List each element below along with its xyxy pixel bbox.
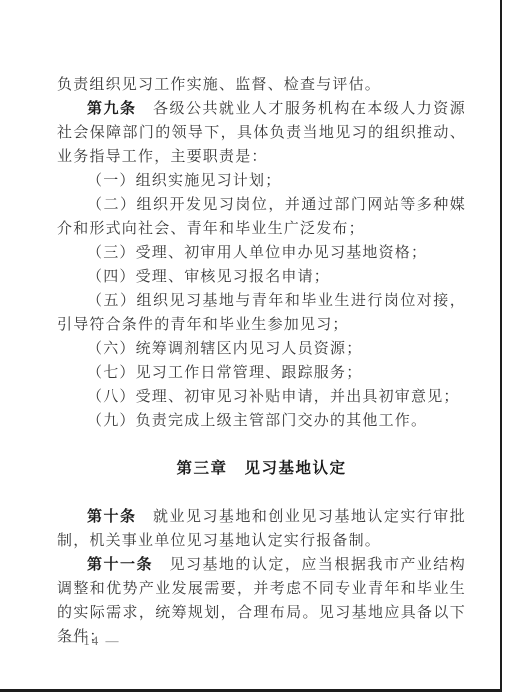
list-item-2: （二）组织开发见习岗位，并通过部门网站等多种媒介和形式向社会、青年和毕业生广泛发… [57, 193, 466, 241]
document-page: 负责组织见习工作实施、监督、检查与评估。 第九条 各级公共就业人才服务机构在本级… [0, 0, 505, 694]
paragraph-continuation: 负责组织见习工作实施、监督、检查与评估。 [57, 73, 466, 97]
paragraph-text: 负责组织见习工作实施、监督、检查与评估。 [57, 77, 381, 93]
list-item-text: （七）见习工作日常管理、跟踪服务； [87, 365, 362, 381]
list-item-text: （五）组织见习基地与青年和毕业生进行岗位对接，引导符合条件的青年和毕业生参加见习… [57, 293, 466, 333]
list-item-4: （四）受理、审核见习报名申请； [57, 265, 466, 289]
scan-edge-bottom-line [0, 689, 502, 692]
article-number: 第九条 [87, 100, 136, 117]
paragraph-article-9: 第九条 各级公共就业人才服务机构在本级人力资源社会保障部门的领导下，具体负责当地… [57, 97, 466, 169]
document-body: 负责组织见习工作实施、监督、检查与评估。 第九条 各级公共就业人才服务机构在本级… [57, 73, 466, 649]
paragraph-article-10: 第十条 就业见习基地和创业见习基地认定实行审批制，机关事业单位见习基地认定实行报… [57, 505, 466, 553]
list-item-7: （七）见习工作日常管理、跟踪服务； [57, 361, 466, 385]
list-item-5: （五）组织见习基地与青年和毕业生进行岗位对接，引导符合条件的青年和毕业生参加见习… [57, 289, 466, 337]
list-item-9: （九）负责完成上级主管部门交办的其他工作。 [57, 409, 466, 433]
list-item-text: （四）受理、审核见习报名申请； [87, 269, 330, 285]
list-item-text: （一）组织实施见习计划； [87, 173, 281, 189]
list-item-3: （三）受理、初审用人单位申办见习基地资格； [57, 241, 466, 265]
article-number: 第十条 [87, 508, 136, 525]
article-number: 第十一条 [87, 556, 153, 573]
scan-edge-right-line [500, 0, 502, 692]
list-item-text: （八）受理、初审见习补贴申请，并出具初审意见； [87, 389, 460, 405]
list-item-8: （八）受理、初审见习补贴申请，并出具初审意见； [57, 385, 466, 409]
list-item-6: （六）统筹调剂辖区内见习人员资源； [57, 337, 466, 361]
list-item-text: （三）受理、初审用人单位申办见习基地资格； [87, 245, 427, 261]
list-item-text: （九）负责完成上级主管部门交办的其他工作。 [87, 413, 427, 429]
page-number: — 14 — [63, 631, 121, 651]
chapter-heading: 第三章 见习基地认定 [57, 457, 466, 481]
list-item-text: （二）组织开发见习岗位，并通过部门网站等多种媒介和形式向社会、青年和毕业生广泛发… [57, 197, 466, 237]
list-item-text: （六）统筹调剂辖区内见习人员资源； [87, 341, 362, 357]
list-item-1: （一）组织实施见习计划； [57, 169, 466, 193]
